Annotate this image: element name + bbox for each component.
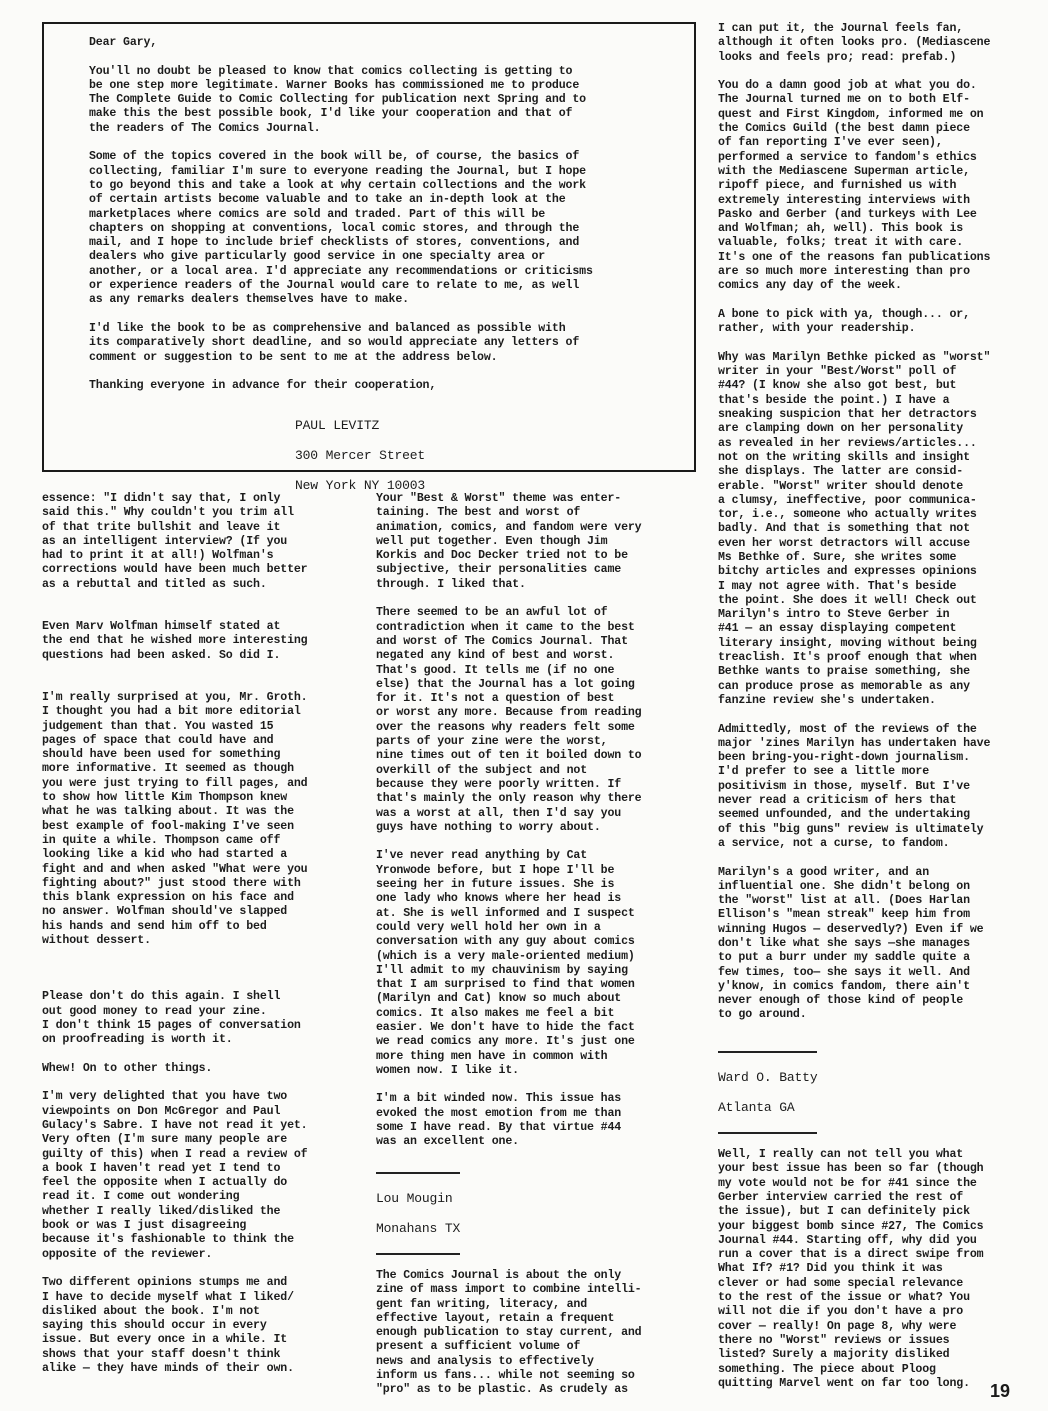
- paragraph: I can put it, the Journal feels fan, alt…: [718, 22, 1030, 65]
- paragraph: I'm really surprised at you, Mr. Groth. …: [42, 691, 354, 948]
- column-left: essence: "I didn't say that, I only said…: [42, 492, 354, 1391]
- paragraph: Even Marv Wolfman himself stated at the …: [42, 620, 354, 663]
- paragraph: Marilyn's a good writer, and an influent…: [718, 866, 1030, 1023]
- paragraph: There seemed to be an awful lot of contr…: [376, 606, 688, 835]
- column-right: I can put it, the Journal feels fan, alt…: [718, 22, 1030, 1405]
- letter-closing: Thanking everyone in advance for their c…: [89, 379, 659, 393]
- paragraph: You do a damn good job at what you do. T…: [718, 79, 1030, 293]
- paragraph: I'm very delighted that you have two vie…: [42, 1090, 354, 1262]
- paragraph: Well, I really can not tell you what you…: [718, 1148, 1030, 1391]
- paragraph: essence: "I didn't say that, I only said…: [42, 492, 354, 592]
- byline-location: Atlanta GA: [718, 1100, 817, 1115]
- paragraph: Why was Marilyn Bethke picked as "worst"…: [718, 351, 1030, 708]
- page-number: 19: [990, 1381, 1010, 1402]
- byline-name: Lou Mougin: [376, 1191, 460, 1206]
- paragraph: Whew! On to other things.: [42, 1062, 354, 1076]
- boxed-letter: Dear Gary, You'll no doubt be pleased to…: [42, 22, 696, 472]
- letter-body: Dear Gary, You'll no doubt be pleased to…: [89, 36, 659, 508]
- paragraph: The Comics Journal is about the only zin…: [376, 1269, 688, 1398]
- byline-ward-batty: Ward O. Batty Atlanta GA: [718, 1051, 817, 1134]
- letter-paragraph: You'll no doubt be pleased to know that …: [89, 65, 659, 136]
- column-middle: Your "Best & Worst" theme was enter- tai…: [376, 492, 688, 1411]
- paragraph: Admittedly, most of the reviews of the m…: [718, 723, 1030, 852]
- letter-paragraph: I'd like the book to be as comprehensive…: [89, 322, 659, 365]
- paragraph: Two different opinions stumps me and I h…: [42, 1276, 354, 1376]
- letter-salutation: Dear Gary,: [89, 36, 659, 50]
- letter-paragraph: Some of the topics covered in the book w…: [89, 150, 659, 307]
- paragraph: Please don't do this again. I shell out …: [42, 990, 354, 1047]
- paragraph: I've never read anything by Cat Yronwode…: [376, 849, 688, 1078]
- byline-lou-mougin: Lou Mougin Monahans TX: [376, 1172, 460, 1255]
- byline-location: Monahans TX: [376, 1221, 460, 1236]
- byline-name: Ward O. Batty: [718, 1070, 817, 1085]
- paragraph: A bone to pick with ya, though... or, ra…: [718, 308, 1030, 337]
- signature-name: PAUL LEVITZ: [295, 418, 659, 433]
- paragraph: Your "Best & Worst" theme was enter- tai…: [376, 492, 688, 592]
- signature-street: 300 Mercer Street: [295, 448, 659, 463]
- paragraph: I'm a bit winded now. This issue has evo…: [376, 1092, 688, 1149]
